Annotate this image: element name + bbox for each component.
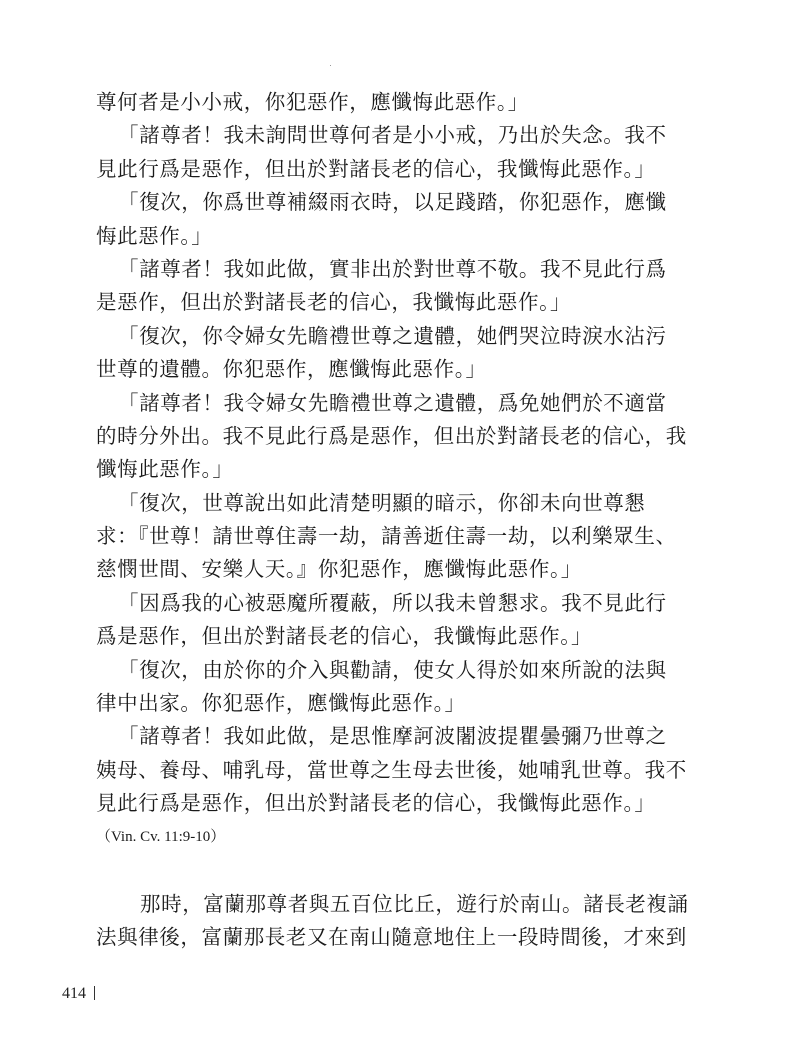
- text-line: 見此行爲是惡作，但出於對諸長老的信心，我懺悔此惡作。」: [96, 787, 696, 820]
- scan-speck: [330, 65, 331, 66]
- text-line: 「復次，由於你的介入與勸請，使女人得於如來所說的法與: [96, 654, 696, 687]
- text-line: 「復次，世尊說出如此清楚明顯的暗示，你卻未向世尊懇: [96, 487, 696, 520]
- text-line: 求：『世尊！請世尊住壽一劫，請善逝住壽一劫，以利樂眾生、: [96, 520, 696, 553]
- book-page: 尊何者是小小戒，你犯惡作，應懺悔此惡作。」 「諸尊者！我未詢問世尊何者是小小戒，…: [0, 0, 792, 1056]
- page-number-text: 414: [62, 985, 86, 1002]
- folio-divider: [94, 986, 95, 1000]
- text-line: 「諸尊者！我未詢問世尊何者是小小戒，乃出於失念。我不: [96, 119, 696, 152]
- citation-reference: （Vin. Cv. 11:9-10）: [96, 821, 696, 854]
- text-line: 律中出家。你犯惡作，應懺悔此惡作。」: [96, 687, 696, 720]
- narrative-paragraph: 那時，富蘭那尊者與五百位比丘，遊行於南山。諸長老複誦 法與律後，富蘭那長老又在南…: [96, 888, 696, 955]
- text-line: 「諸尊者！我如此做，實非出於對世尊不敬。我不見此行爲: [96, 253, 696, 286]
- text-line: 姨母、養母、哺乳母，當世尊之生母去世後，她哺乳世尊。我不: [96, 754, 696, 787]
- text-line: 「諸尊者！我令婦女先瞻禮世尊之遺體，爲免她們於不適當: [96, 387, 696, 420]
- dialogue-section: 尊何者是小小戒，你犯惡作，應懺悔此惡作。」 「諸尊者！我未詢問世尊何者是小小戒，…: [96, 86, 696, 854]
- text-line: 「因爲我的心被惡魔所覆蔽，所以我未曾懇求。我不見此行: [96, 587, 696, 620]
- text-line: 慈憫世間、安樂人天。』你犯惡作，應懺悔此惡作。」: [96, 553, 696, 586]
- text-line: 「復次，你令婦女先瞻禮世尊之遺體，她們哭泣時淚水沾污: [96, 320, 696, 353]
- section-gap: [96, 854, 696, 888]
- text-line: 悔此惡作。」: [96, 220, 696, 253]
- text-line: 那時，富蘭那尊者與五百位比丘，遊行於南山。諸長老複誦: [96, 888, 696, 921]
- text-line: 世尊的遺體。你犯惡作，應懺悔此惡作。」: [96, 353, 696, 386]
- text-line: 「復次，你爲世尊補綴雨衣時，以足踐踏，你犯惡作，應懺: [96, 186, 696, 219]
- text-line: 爲是惡作，但出於對諸長老的信心，我懺悔此惡作。」: [96, 620, 696, 653]
- text-line: 見此行爲是惡作，但出於對諸長老的信心，我懺悔此惡作。」: [96, 153, 696, 186]
- page-number: 414: [62, 985, 95, 1003]
- text-line: 法與律後，富蘭那長老又在南山隨意地住上一段時間後，才來到: [96, 921, 696, 954]
- text-line: 「諸尊者！我如此做，是思惟摩訶波闍波提瞿曇彌乃世尊之: [96, 720, 696, 753]
- text-line: 的時分外出。我不見此行爲是惡作，但出於對諸長老的信心，我: [96, 420, 696, 453]
- text-line: 懺悔此惡作。」: [96, 453, 696, 486]
- text-line: 尊何者是小小戒，你犯惡作，應懺悔此惡作。」: [96, 86, 696, 119]
- body-text: 尊何者是小小戒，你犯惡作，應懺悔此惡作。」 「諸尊者！我未詢問世尊何者是小小戒，…: [96, 86, 696, 955]
- text-line: 是惡作，但出於對諸長老的信心，我懺悔此惡作。」: [96, 286, 696, 319]
